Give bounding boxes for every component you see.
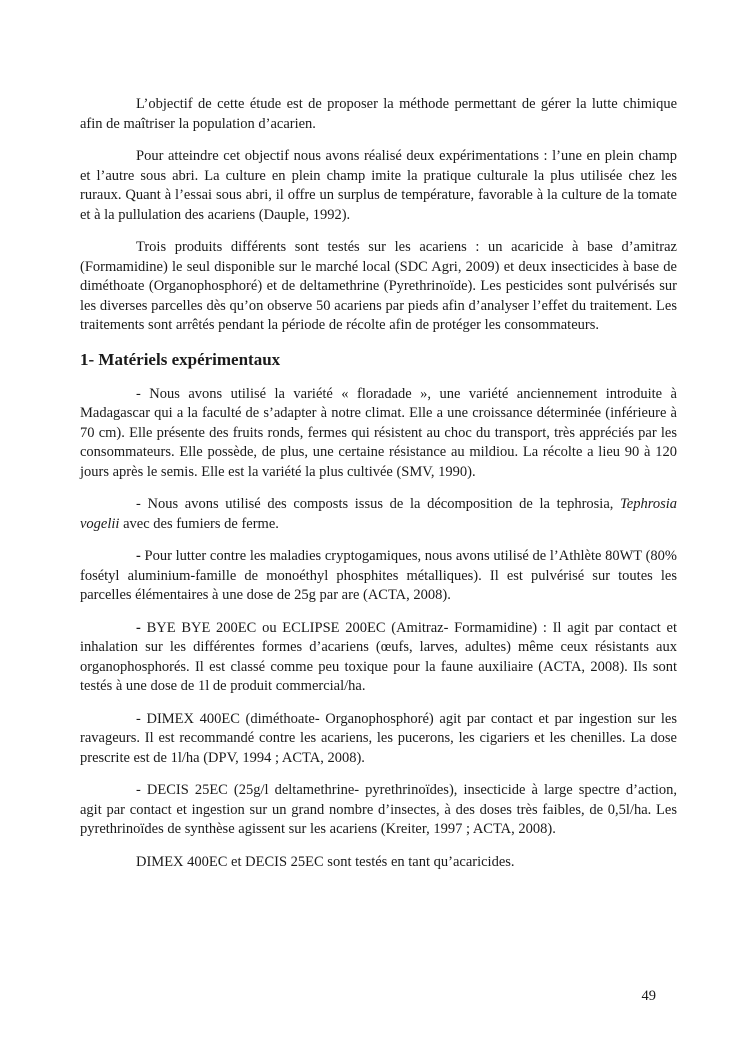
paragraph: DIMEX 400EC et DECIS 25EC sont testés en… (80, 853, 677, 873)
page-footer: 49 (642, 987, 657, 1007)
document-page: L’objectif de cette étude est de propose… (0, 0, 744, 1053)
text-run: L’objectif de cette étude est de propose… (80, 96, 677, 132)
section-heading: 1- Matériels expérimentaux (80, 349, 677, 371)
paragraph: - BYE BYE 200EC ou ECLIPSE 200EC (Amitra… (80, 619, 677, 697)
paragraph: - Pour lutter contre les maladies crypto… (80, 547, 677, 606)
text-run: - Nous avons utilisé des composts issus … (136, 496, 620, 512)
paragraph: - Nous avons utilisé la variété « florad… (80, 385, 677, 483)
text-run: BYE BYE 200EC ou ECLIPSE 200EC (Amitraz-… (80, 620, 677, 695)
paragraph: - Nous avons utilisé des composts issus … (80, 495, 677, 534)
text-run: DIMEX 400EC et DECIS 25EC sont testés en… (136, 854, 515, 870)
text-run: 1- Matériels expérimentaux (80, 350, 280, 369)
text-run: Pour atteindre cet objectif nous avons r… (80, 148, 677, 223)
text-run: Pour lutter contre les maladies cryptoga… (80, 548, 677, 603)
text-run: - DECIS 25EC (25g/l deltamethrine- pyret… (80, 782, 677, 837)
text-run: avec des fumiers de ferme. (119, 516, 278, 532)
paragraph: Pour atteindre cet objectif nous avons r… (80, 147, 677, 225)
text-run: - (136, 548, 145, 564)
text-run: - (136, 620, 147, 636)
text-run: - DIMEX 400EC (diméthoate- Organophospho… (80, 711, 677, 766)
document-body: L’objectif de cette étude est de propose… (80, 95, 677, 885)
paragraph: L’objectif de cette étude est de propose… (80, 95, 677, 134)
paragraph: - DIMEX 400EC (diméthoate- Organophospho… (80, 710, 677, 769)
text-run: Trois produits différents sont testés su… (80, 239, 677, 333)
paragraph: - DECIS 25EC (25g/l deltamethrine- pyret… (80, 781, 677, 840)
text-run: - Nous avons utilisé la variété « florad… (80, 386, 677, 480)
paragraph: Trois produits différents sont testés su… (80, 238, 677, 336)
page-number: 49 (642, 988, 657, 1004)
